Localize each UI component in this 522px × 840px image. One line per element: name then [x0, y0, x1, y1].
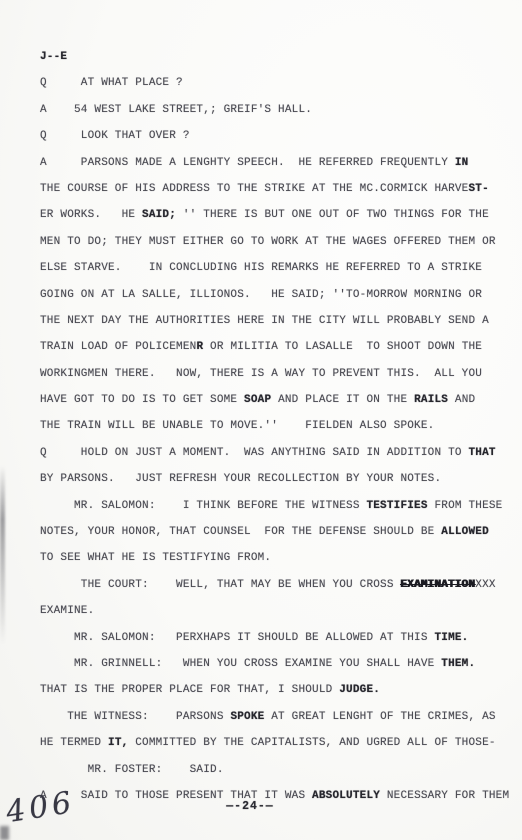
- transcript-line: MR. FOSTER: SAID.: [40, 757, 510, 783]
- transcript-line: THE COURSE OF HIS ADDRESS TO THE STRIKE …: [40, 176, 510, 202]
- transcript-line: THE NEXT DAY THE AUTHORITIES HERE IN THE…: [40, 308, 510, 334]
- transcript-line: BY PARSONS. JUST REFRESH YOUR RECOLLECTI…: [40, 466, 510, 492]
- transcript-line: Q LOOK THAT OVER ?: [40, 123, 510, 149]
- transcript-line: Q HOLD ON JUST A MOMENT. WAS ANYTHING SA…: [40, 440, 510, 466]
- transcript-line: A 54 WEST LAKE STREET,; GREIF'S HALL.: [40, 97, 510, 123]
- transcript-line: GOING ON AT LA SALLE, ILLIONOS. HE SAID;…: [40, 282, 510, 308]
- transcript-line: MR. SALOMON: I THINK BEFORE THE WITNESS …: [40, 493, 510, 519]
- transcript-line: MEN TO DO; THEY MUST EITHER GO TO WORK A…: [40, 229, 510, 255]
- transcript-line: A PARSONS MADE A LENGHTY SPEECH. HE REFE…: [40, 150, 510, 176]
- transcript-line: THAT IS THE PROPER PLACE FOR THAT, I SHO…: [40, 677, 510, 703]
- transcript: J--EQ AT WHAT PLACE ?A 54 WEST LAKE STRE…: [40, 44, 510, 809]
- transcript-line: Q AT WHAT PLACE ?: [40, 70, 510, 96]
- transcript-line: MR. GRINNELL: WHEN YOU CROSS EXAMINE YOU…: [40, 651, 510, 677]
- transcript-line: HE TERMED IT, COMMITTED BY THE CAPITALIS…: [40, 730, 510, 756]
- scan-artifact-corner: [0, 826, 9, 840]
- scan-artifact-left-edge: [0, 466, 5, 644]
- transcript-line: THE COURT: WELL, THAT MAY BE WHEN YOU CR…: [40, 572, 510, 598]
- document-page: J--EQ AT WHAT PLACE ?A 54 WEST LAKE STRE…: [0, 0, 522, 840]
- transcript-line: EXAMINE.: [40, 598, 510, 624]
- transcript-line: TO SEE WHAT HE IS TESTIFYING FROM.: [40, 545, 510, 571]
- transcript-line: J--E: [40, 44, 510, 70]
- transcript-line: MR. SALOMON: PERXHAPS IT SHOULD BE ALLOW…: [40, 625, 510, 651]
- transcript-line: TRAIN LOAD OF POLICEMENR OR MILITIA TO L…: [40, 334, 510, 360]
- transcript-line: WORKINGMEN THERE. NOW, THERE IS A WAY TO…: [40, 361, 510, 387]
- handwritten-folio-number: 406: [4, 785, 78, 830]
- transcript-line: ER WORKS. HE SAID; '' THERE IS BUT ONE O…: [40, 202, 510, 228]
- transcript-line: HAVE GOT TO DO IS TO GET SOME SOAP AND P…: [40, 387, 510, 413]
- transcript-line: NOTES, YOUR HONOR, THAT COUNSEL FOR THE …: [40, 519, 510, 545]
- transcript-line: THE WITNESS: PARSONS SPOKE AT GREAT LENG…: [40, 704, 510, 730]
- transcript-line: THE TRAIN WILL BE UNABLE TO MOVE.'' FIEL…: [40, 413, 510, 439]
- transcript-line: ELSE STARVE. IN CONCLUDING HIS REMARKS H…: [40, 255, 510, 281]
